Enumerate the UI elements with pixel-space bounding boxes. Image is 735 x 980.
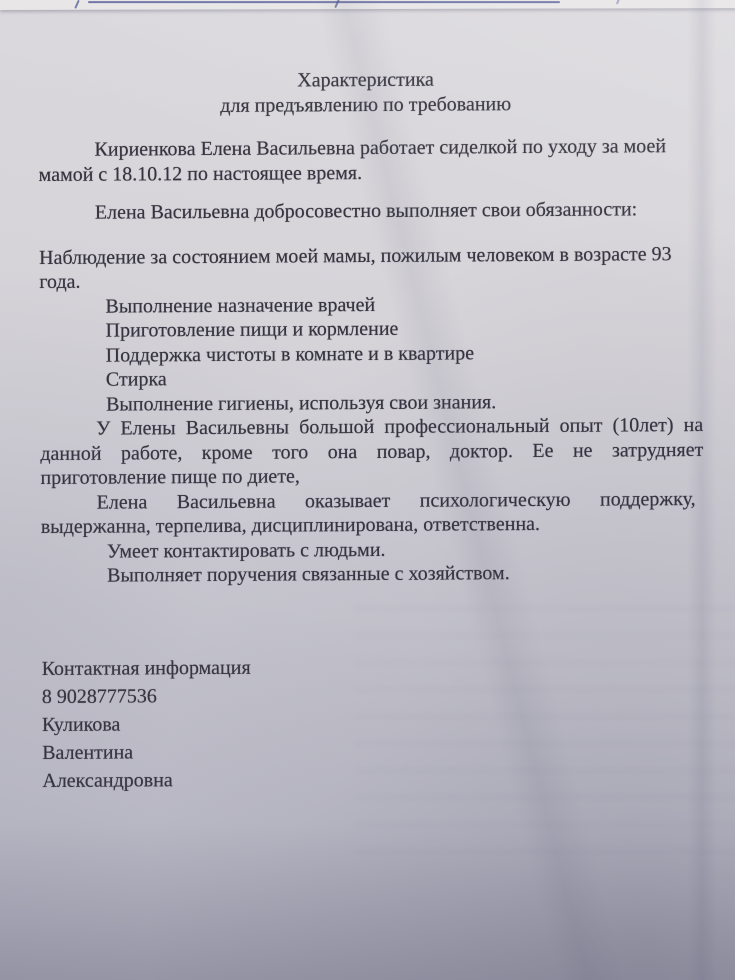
- experience-paragraph: У Елены Васильевны большой профессиональ…: [40, 413, 703, 491]
- contact-phone: 8 9028777536: [42, 678, 735, 710]
- contact-heading: Контактная информация: [42, 650, 735, 682]
- duties-heading-paragraph: Елена Васильевна добросовестно выполняет…: [39, 197, 698, 226]
- contact-block: Контактная информация 8 9028777536 Кулик…: [2, 650, 735, 794]
- contact-patronymic: Александровна: [42, 762, 735, 794]
- contact-surname: Куликова: [42, 706, 735, 738]
- intro-paragraph: Кириенкова Елена Васильевна работает сид…: [38, 134, 697, 187]
- title-line-2: для предъявлению по требованию: [0, 91, 733, 120]
- duties-list: Выполнение назначение врачей Приготовлен…: [0, 290, 735, 417]
- contact-firstname: Валентина: [42, 734, 735, 766]
- document-text-layer: Характеристика для предъявлению по требо…: [0, 0, 735, 795]
- observation-paragraph: Наблюдение за состоянием моей мамы, пожи…: [39, 241, 704, 294]
- document-title: Характеристика для предъявлению по требо…: [0, 66, 733, 120]
- errands-line: Выполняет поручения связанные с хозяйств…: [41, 560, 700, 589]
- qualities-paragraph: Елена Васильевна оказывает психологическ…: [41, 486, 696, 539]
- photographed-paper-sheet: Характеристика для предъявлению по требо…: [0, 0, 735, 980]
